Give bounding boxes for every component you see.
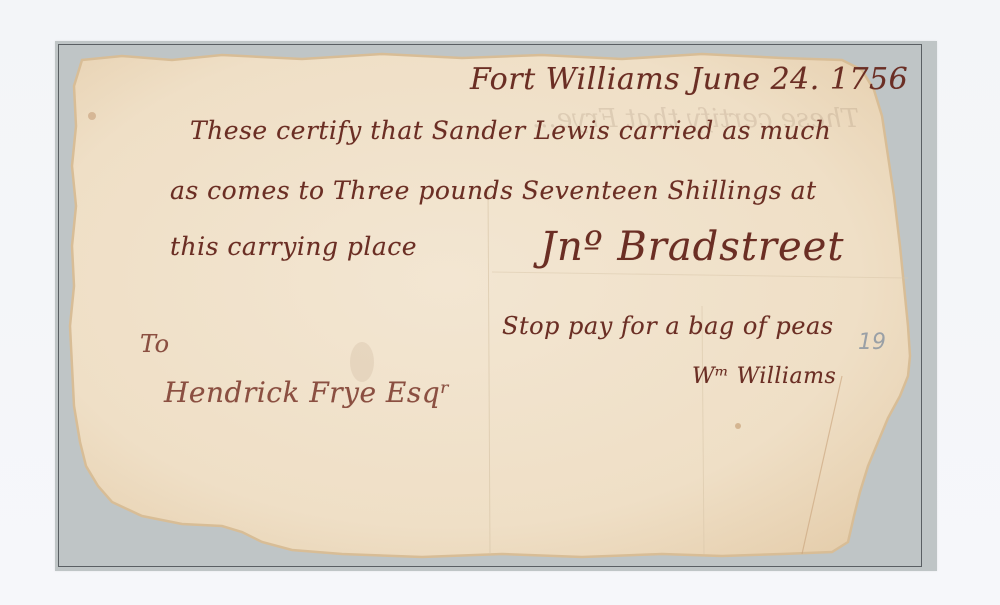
document-viewer: These certify that Frye... Fort Williams… xyxy=(0,0,1000,605)
body-line-3: this carrying place xyxy=(170,232,417,261)
addressee-name: Hendrick Frye Esqʳ xyxy=(164,376,450,409)
place-date-heading: Fort Williams June 24. 1756 xyxy=(470,62,908,97)
primary-signature: Jnº Bradstreet xyxy=(540,224,844,270)
manuscript-paper: These certify that Frye... Fort Williams… xyxy=(62,46,918,562)
pencil-annotation: 19 xyxy=(858,330,886,355)
addressee-prefix: To xyxy=(140,330,170,358)
endorsement-signature: Wᵐ Williams xyxy=(692,364,836,389)
body-line-1: These certify that Sander Lewis carried … xyxy=(190,116,831,145)
body-line-2: as comes to Three pounds Seventeen Shill… xyxy=(170,176,817,205)
endorsement-note: Stop pay for a bag of peas xyxy=(502,312,834,340)
